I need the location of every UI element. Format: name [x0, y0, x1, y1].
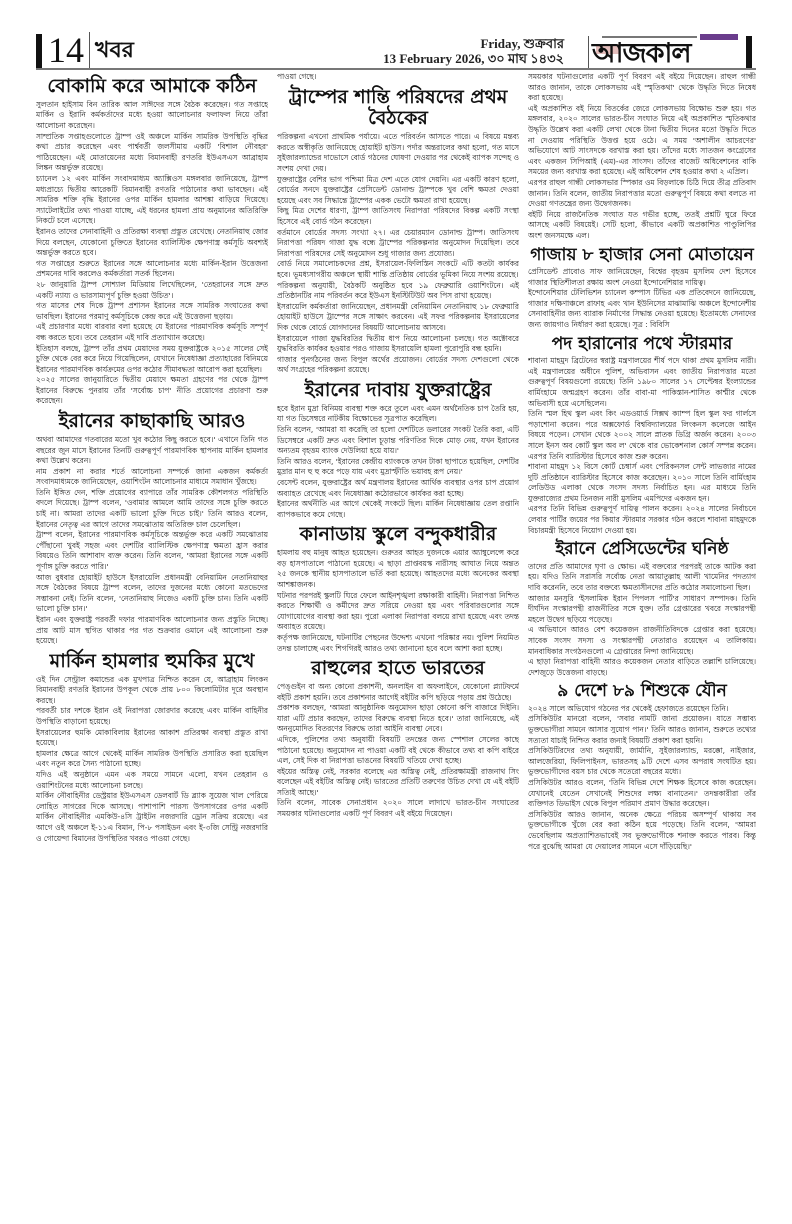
paragraph: আজার মনসুরি 'ইসলামিক ইরান পিপলস পার্টি'র… — [528, 594, 756, 626]
date-label: 13 February 2026, ৩০ মাঘ ১৪৩২ — [383, 51, 564, 66]
article-body: হবে ইরান মুদ্রা বিনিময় ব্যবস্থা শক্ত কর… — [277, 404, 519, 521]
logo-tag — [700, 34, 738, 40]
paragraph: নাম প্রকাশ না করার শর্তে আলোচনা সম্পর্কে… — [36, 467, 268, 488]
article-headline: ইরানের দাবায় যুক্তরাষ্ট্রের — [277, 380, 519, 402]
paragraph: তিনি বলেন, 'আমরা যা করেছি তা হলো দেশটিতে… — [277, 425, 519, 457]
paragraph: ২৮ জানুয়ারি ট্রাম্প সোশ্যাল মিডিয়ায় ল… — [36, 280, 268, 301]
paragraph: ২০২৫ সালের জানুয়ারিতে দ্বিতীয় মেয়াদে … — [36, 375, 268, 407]
article: ট্রাম্পের শান্তি পরিষদের প্রথম বৈঠকের পর… — [277, 87, 519, 376]
paragraph: কিছু মিত্র দেশের ধারণা, ট্রাম্প জাতিসংঘ … — [277, 206, 519, 227]
logo-text: আজকাল — [592, 39, 691, 69]
article-body: ওই দিন সেন্ট্রাল কমান্ডের এক মুখপাত্র নি… — [36, 675, 268, 845]
article-headline: বোকামি করে আমাকে কঠিন — [36, 76, 268, 98]
paragraph: ইন্দোনেশিয়ার টেলিভিশন চ্যানেল কম্পাস টি… — [528, 288, 756, 330]
section-title: খবর — [95, 38, 134, 64]
logo-bar — [746, 36, 752, 70]
paragraph: কর্তৃপক্ষ জানিয়েছে, ঘটনাটির পেছনের উদ্দ… — [277, 633, 519, 654]
paragraph: বোর্ড নিয়ে সমালোচকদের প্রশ্ন, ইসরায়েল-… — [277, 259, 519, 280]
article-body: হামলায় বহু মানুষ আহত হয়েছেন। গুরুতর আহ… — [277, 548, 519, 654]
article: গাজায় ৮ হাজার সেনা মোতায়েন প্রেসিডেন্ট… — [528, 246, 756, 331]
paragraph: প্রেসিডেন্ট প্রাবোও সাফ জানিয়েছেন, বিশ্… — [528, 267, 756, 288]
paragraph: ইতিহাস বলছে, ট্রাম্প তাঁর প্রথম মেয়াদের… — [36, 344, 268, 376]
paragraph: এই প্রচারণার মধ্যে বারবার বলা হয়েছে যে … — [36, 322, 268, 343]
paragraph: এ ছাড়া নিরাপত্তা বাহিনী আরও কয়েকজন নেত… — [528, 657, 756, 678]
paragraph: শাবানা মাহমুদ ব্রিটেনের স্বরাষ্ট্র মন্ত্… — [528, 356, 756, 409]
paragraph: মার্কিন নৌবাহিনীর ডেস্ট্রয়ার ইউএসএস ডেল… — [36, 791, 268, 844]
article-body: পেঙ্গুইন বা অন্য কোনো প্রকাশনী, অনলাইন ব… — [277, 682, 519, 820]
paragraph: সময়কার ঘটনাগুলোর একটি পূর্ণ বিবরণ এই বই… — [528, 72, 756, 104]
page-number: 14 — [48, 32, 84, 68]
paragraph: পরবর্তী চার দশকে ইরান ওই নিরাপত্তা জোরদা… — [36, 706, 268, 727]
divider — [89, 32, 90, 68]
article: ইরানের কাছাকাছি আরও অথবা আমাদের গতবারের … — [36, 411, 268, 647]
paragraph: ইসরায়েলি কর্মকর্তারা জানিয়েছেন, প্রধান… — [277, 302, 519, 334]
paragraph: এরপর রাহুল গান্ধী লোকসভার স্পিকার ওম বিড… — [528, 178, 756, 210]
paragraph: এ অভিযানে আরও বেশ কয়েকজন রাজনীতিবিদকে গ… — [528, 625, 756, 657]
article-body: অথবা আমাদের গতবারের মতো খুব কঠোর কিছু কর… — [36, 435, 268, 647]
article: কানাডায় স্কুলে বন্দুকধারীর হামলায় বহু … — [277, 524, 519, 654]
date-block: Friday, শুক্রবার 13 February 2026, ৩০ মা… — [383, 36, 564, 66]
article-body: সুলতান হাইসাম বিন তারিক আল সাঈদের সঙ্গে … — [36, 100, 268, 407]
paragraph: বইটি নিয়ে রাজনৈতিক সংঘাত যত গভীর হচ্ছে,… — [528, 210, 756, 242]
article-headline: ৯ দেশে ৮৯ শিশুকে যৌন — [528, 682, 756, 702]
paragraph: প্রসিকিউটিরদের তথ্য অনুযায়ী, জার্মানি, … — [528, 746, 756, 778]
article: ৯ দেশে ৮৯ শিশুকে যৌন ২০২৪ সালে অভিযোগ গঠ… — [528, 682, 756, 852]
article-headline: কানাডায় স্কুলে বন্দুকধারীর — [277, 524, 519, 546]
paragraph: বইয়ের অস্তিত্ব নেই, সরকার বলেছে এর অস্ত… — [277, 767, 519, 799]
paragraph: সাম্প্রতিক সপ্তাহগুলোতে ট্রাম্প ওই অঞ্চল… — [36, 132, 268, 174]
paragraph: প্রসিকিউটর আরও জানান, অনেক ক্ষেত্রে পরিচ… — [528, 810, 756, 852]
page-number-bar — [36, 34, 42, 68]
paragraph: বেসেন্ট বলেন, যুক্তরাষ্ট্রের অর্থ মন্ত্র… — [277, 478, 519, 499]
day-label: Friday, শুক্রবার — [383, 36, 564, 51]
article-headline: গাজায় ৮ হাজার সেনা মোতায়েন — [528, 246, 756, 266]
masthead: 14 খবর Friday, শুক্রবার 13 February 2026… — [0, 30, 792, 68]
article-headline: পদ হারানোর পথে স্টারমার — [528, 335, 756, 355]
column-2: পাওয়া গেছে। ট্রাম্পের শান্তি পরিষদের প্… — [277, 72, 519, 1204]
paragraph: পরিকল্পনা এখনো প্রাথমিক পর্যায়ে। এতে পর… — [277, 132, 519, 174]
article: সময়কার ঘটনাগুলোর একটি পূর্ণ বিবরণ এই বই… — [528, 72, 756, 242]
article-headline: রাহুলের হাতে ভারতের — [277, 658, 519, 680]
paragraph: ইরান এবং যুক্তরাষ্ট্র পরবর্তী দফার পারমা… — [36, 615, 268, 647]
paragraph: ঘটনার পরপরই স্কুলটি ঘিরে ফেলে আইনশৃঙ্খলা… — [277, 591, 519, 633]
paragraph: তিনি আরও বলেন, 'ইরানের কেন্দ্রীয় ব্যাংক… — [277, 457, 519, 478]
article-body: ২০২৪ সালে অভিযোগ গঠনের পর থেকেই হেফাজতে … — [528, 704, 756, 852]
article-body: তাদের প্রতি আমাদের ঘৃণা ও ক্ষোভ। এই বক্ত… — [528, 562, 756, 679]
article-headline: ইরানে প্রেসিডেন্টের ঘনিষ্ঠ — [528, 540, 756, 560]
paragraph: ২০২৪ সালে অভিযোগ গঠনের পর থেকেই হেফাজতে … — [528, 704, 756, 715]
article-body: প্রেসিডেন্ট প্রাবোও সাফ জানিয়েছেন, বিশ্… — [528, 267, 756, 331]
paragraph: প্রসিকিউটর আরও বলেন, 'তিনি বিভিন্ন দেশে … — [528, 778, 756, 810]
article-headline: ট্রাম্পের শান্তি পরিষদের প্রথম বৈঠকের — [277, 87, 519, 131]
column-3: সময়কার ঘটনাগুলোর একটি পূর্ণ বিবরণ এই বই… — [528, 72, 756, 1204]
paragraph: চ্যানেল ১২ এবং মার্কিন সংবাদমাধ্যম অ্যাক… — [36, 174, 268, 227]
paragraph: তিনি ইঙ্গিত দেন, শক্তি প্রয়োগের ব্যাপার… — [36, 488, 268, 530]
article: ইরানে প্রেসিডেন্টের ঘনিষ্ঠ তাদের প্রতি আ… — [528, 540, 756, 678]
article-body: পরিকল্পনা এখনো প্রাথমিক পর্যায়ে। এতে পর… — [277, 132, 519, 376]
article-body: সময়কার ঘটনাগুলোর একটি পূর্ণ বিবরণ এই বই… — [528, 72, 756, 242]
continuation-text: পাওয়া গেছে। — [277, 72, 519, 83]
paragraph: গাজার পুনর্গঠনের জন্য বিপুল অর্থের প্রয়… — [277, 355, 519, 376]
paragraph: ইরানও তাদের সেনাবাহিনী ও প্রতিরক্ষা ব্যব… — [36, 227, 268, 259]
paragraph: প্রসিকিউটর মানরো বলেন, 'সবার নামটি জানা … — [528, 714, 756, 746]
paragraph: ট্রাম্প বলেন, ইরানের পারমাণবিক কর্মসূচিক… — [36, 530, 268, 572]
article: মার্কিন হামলার হুমকির মুখে ওই দিন সেন্ট্… — [36, 651, 268, 844]
paragraph: এই অপ্রকাশিত বই নিয়ে বিতর্কের জেরে লোকস… — [528, 104, 756, 178]
divider — [588, 36, 589, 68]
article: রাহুলের হাতে ভারতের পেঙ্গুইন বা অন্য কোন… — [277, 658, 519, 820]
paragraph: এরপর তিনি বিভিন্ন গুরুত্বপূর্ণ দায়িত্ব … — [528, 504, 756, 536]
paragraph: হবে ইরান মুদ্রা বিনিময় ব্যবস্থা শক্ত কর… — [277, 404, 519, 425]
paragraph: ইসরায়েলে গাজা যুদ্ধবিরতির দ্বিতীয় ধাপ … — [277, 334, 519, 355]
paragraph: তাদের প্রতি আমাদের ঘৃণা ও ক্ষোভ। এই বক্ত… — [528, 562, 756, 594]
paragraph: শাবানা মাহমুদ ১২ বিসে কোর্ট চেম্বার্স এব… — [528, 462, 756, 504]
paragraph: এদিকে, পুলিশের তথ্য অনুযায়ী বিষয়টি তদন… — [277, 735, 519, 767]
paragraph: হামলায় বহু মানুষ আহত হয়েছেন। গুরুতর আহ… — [277, 548, 519, 590]
paragraph: গত মাসের শেষ দিকে ট্রাম্প প্রশাসন ইরানের… — [36, 301, 268, 322]
paragraph: গত সপ্তাহের শুরুতে ইরানের সঙ্গে আলোচনার … — [36, 259, 268, 280]
paragraph: অথবা আমাদের গতবারের মতো খুব কঠোর কিছু কর… — [36, 435, 268, 467]
article-headline: মার্কিন হামলার হুমকির মুখে — [36, 651, 268, 673]
article-headline: ইরানের কাছাকাছি আরও — [36, 411, 268, 433]
paragraph: আজ বুধবার হোয়াইট হাউসে ইসরায়েলি প্রধান… — [36, 573, 268, 615]
paragraph: যদিও এই অনুষ্ঠানে এমন এক সময়ে সামনে এলো… — [36, 770, 268, 791]
paragraph: ইসরায়েলের হুমকি মোকাবিলায় ইরানের আকাশ … — [36, 728, 268, 749]
paragraph: যুক্তরাষ্ট্রের বেশির ভাগ পশ্চিমা মিত্র দ… — [277, 175, 519, 207]
article: বোকামি করে আমাকে কঠিন সুলতান হাইসাম বিন … — [36, 76, 268, 407]
article: পদ হারানোর পথে স্টারমার শাবানা মাহমুদ ব্… — [528, 335, 756, 537]
paragraph: বর্তমানে বোর্ডের সদস্য সংখ্যা ২৭। এর চেয… — [277, 228, 519, 260]
paragraph: ইরানের অর্থনীতি এর আগে থেকেই সংকটে ছিল। … — [277, 499, 519, 520]
column-1: বোকামি করে আমাকে কঠিন সুলতান হাইসাম বিন … — [36, 72, 268, 1204]
paragraph: সুলতান হাইসাম বিন তারিক আল সাঈদের সঙ্গে … — [36, 100, 268, 132]
paragraph: তিনি বলেন, সাবেক সেনাপ্রধান ২০২০ সালে লা… — [277, 798, 519, 819]
article-body: শাবানা মাহমুদ ব্রিটেনের স্বরাষ্ট্র মন্ত্… — [528, 356, 756, 536]
article: ইরানের দাবায় যুক্তরাষ্ট্রের হবে ইরান মু… — [277, 380, 519, 520]
paragraph: হামলার ক্ষেত্রে আগে থেকেই মার্কিন সামরিক… — [36, 749, 268, 770]
paragraph: পেঙ্গুইন বা অন্য কোনো প্রকাশনী, অনলাইন ব… — [277, 682, 519, 703]
paragraph: পরিকল্পনা অনুযায়ী, বৈঠকটি অনুষ্ঠিত হবে … — [277, 281, 519, 302]
header-rule — [36, 68, 756, 70]
paragraph: তিনি স্মল হিথ স্কুল এবং কিং এডওয়ার্ড সি… — [528, 409, 756, 462]
newspaper-logo: আজকাল — [592, 34, 752, 68]
paragraph: ওই দিন সেন্ট্রাল কমান্ডের এক মুখপাত্র নি… — [36, 675, 268, 707]
paragraph: প্রকাশক বলছেন, 'আমরা আনুষ্ঠানিক অনুমোদন … — [277, 703, 519, 735]
